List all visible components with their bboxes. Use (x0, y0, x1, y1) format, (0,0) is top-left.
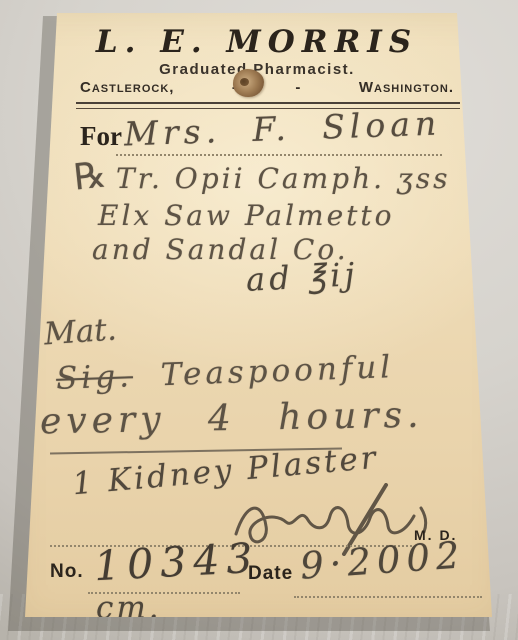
rx-line-2: Elx Saw Palmetto (98, 199, 395, 232)
photo-background: L. E. MORRIS Graduated Pharmacist. Castl… (0, 0, 518, 640)
sig-label: Sig. (55, 358, 133, 397)
frequency-note: every 4 hours. (40, 395, 424, 443)
city-name: Castlerock, (80, 79, 174, 96)
prescription-number: 10343 (93, 534, 261, 591)
rx-line-4: ad ℥ij (245, 255, 359, 299)
date-label: Date (248, 563, 293, 585)
no-label: No. (50, 561, 84, 583)
ink-stain (233, 69, 264, 97)
location-row: Castlerock, - - Washington. (80, 79, 454, 96)
sig-row: Sig. Teaspoonful (55, 349, 394, 397)
pharmacy-name: L. E. MORRIS (57, 24, 457, 60)
for-label: For (80, 121, 122, 152)
state-name: Washington. (359, 79, 454, 96)
sig-text: Teaspoonful (160, 349, 395, 393)
rx-symbol: ℞ (72, 154, 108, 198)
separator-dash-right: - (295, 79, 301, 96)
rx-line-1: Tr. Opii Camph. ʒss (116, 162, 450, 195)
date-line (294, 596, 482, 598)
patient-name-line (116, 154, 442, 156)
mix-note: Mat. (43, 312, 118, 353)
patient-name: Mrs. F. Sloan (123, 103, 441, 153)
prescription-card: L. E. MORRIS Graduated Pharmacist. Castl… (0, 0, 518, 640)
